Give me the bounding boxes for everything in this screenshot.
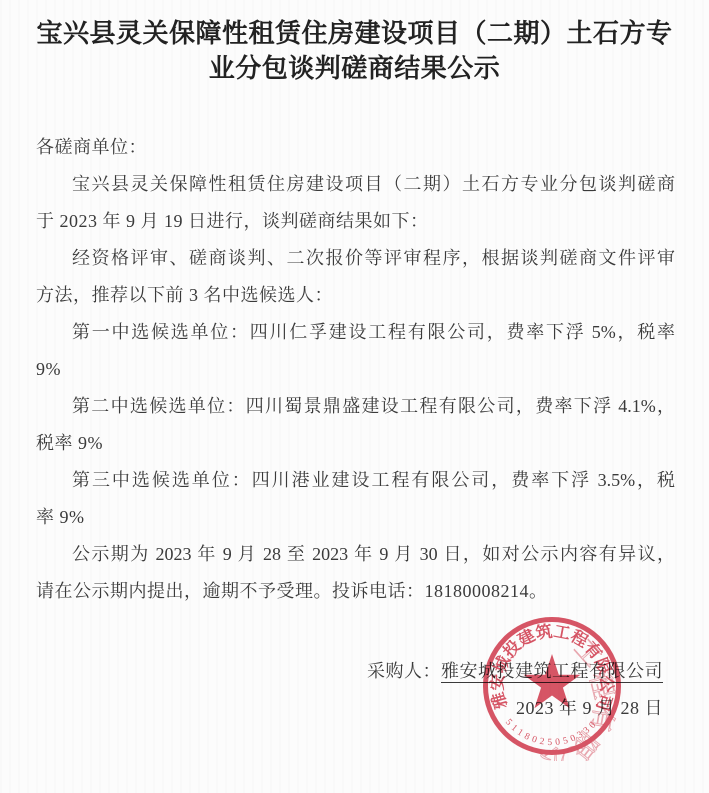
candidate-3-line: 第三中选候选单位：四川港业建设工程有限公司，费率下浮 3.5%，税 [36, 462, 675, 499]
title-line-2: 业分包谈判磋商结果公示 [24, 51, 685, 86]
seal-star-icon [524, 654, 581, 708]
document-title: 宝兴县灵关保障性租赁住房建设项目（二期）土石方专 业分包谈判磋商结果公示 [24, 16, 685, 86]
document-body: 各磋商单位： 宝兴县灵关保障性租赁住房建设项目（二期）土石方专业分包谈判磋商 于… [36, 129, 675, 610]
paragraph-line: 宝兴县灵关保障性租赁住房建设项目（二期）土石方专业分包谈判磋商 [36, 166, 675, 203]
paragraph-line: 于 2023 年 9 月 19 日进行，谈判磋商结果如下： [36, 203, 675, 240]
paragraph-line: 方法，推荐以下前 3 名中选候选人： [36, 277, 675, 314]
salutation: 各磋商单位： [36, 129, 675, 166]
company-seal: 雅安城投建筑工程有限公司 5118025050330 工 程 有 限 公 [477, 611, 627, 761]
paragraph-line: 经资格评审、磋商谈判、二次报价等评审程序，根据谈判磋商文件评审 [36, 240, 675, 277]
candidate-1-line: 第一中选候选单位：四川仁孚建设工程有限公司，费率下浮 5%，税率 [36, 314, 675, 351]
candidate-3-cont: 率 9% [36, 499, 675, 536]
candidate-1-cont: 9% [36, 351, 675, 388]
title-line-1: 宝兴县灵关保障性租赁住房建设项目（二期）土石方专 [24, 16, 685, 51]
candidate-2-line: 第二中选候选单位：四川蜀景鼎盛建设工程有限公司，费率下浮 4.1%， [36, 388, 675, 425]
publicity-cont: 请在公示期内提出，逾期不予受理。投诉电话：18180008214。 [36, 573, 675, 610]
notice-document: 宝兴县灵关保障性租赁住房建设项目（二期）土石方专 业分包谈判磋商结果公示 各磋商… [0, 0, 709, 793]
publicity-period: 公示期为 2023 年 9 月 28 至 2023 年 9 月 30 日，如对公… [36, 536, 675, 573]
seal-ghost-char: 有 [586, 703, 619, 734]
candidate-2-cont: 税率 9% [36, 425, 675, 462]
purchaser-label: 采购人： [367, 661, 441, 681]
